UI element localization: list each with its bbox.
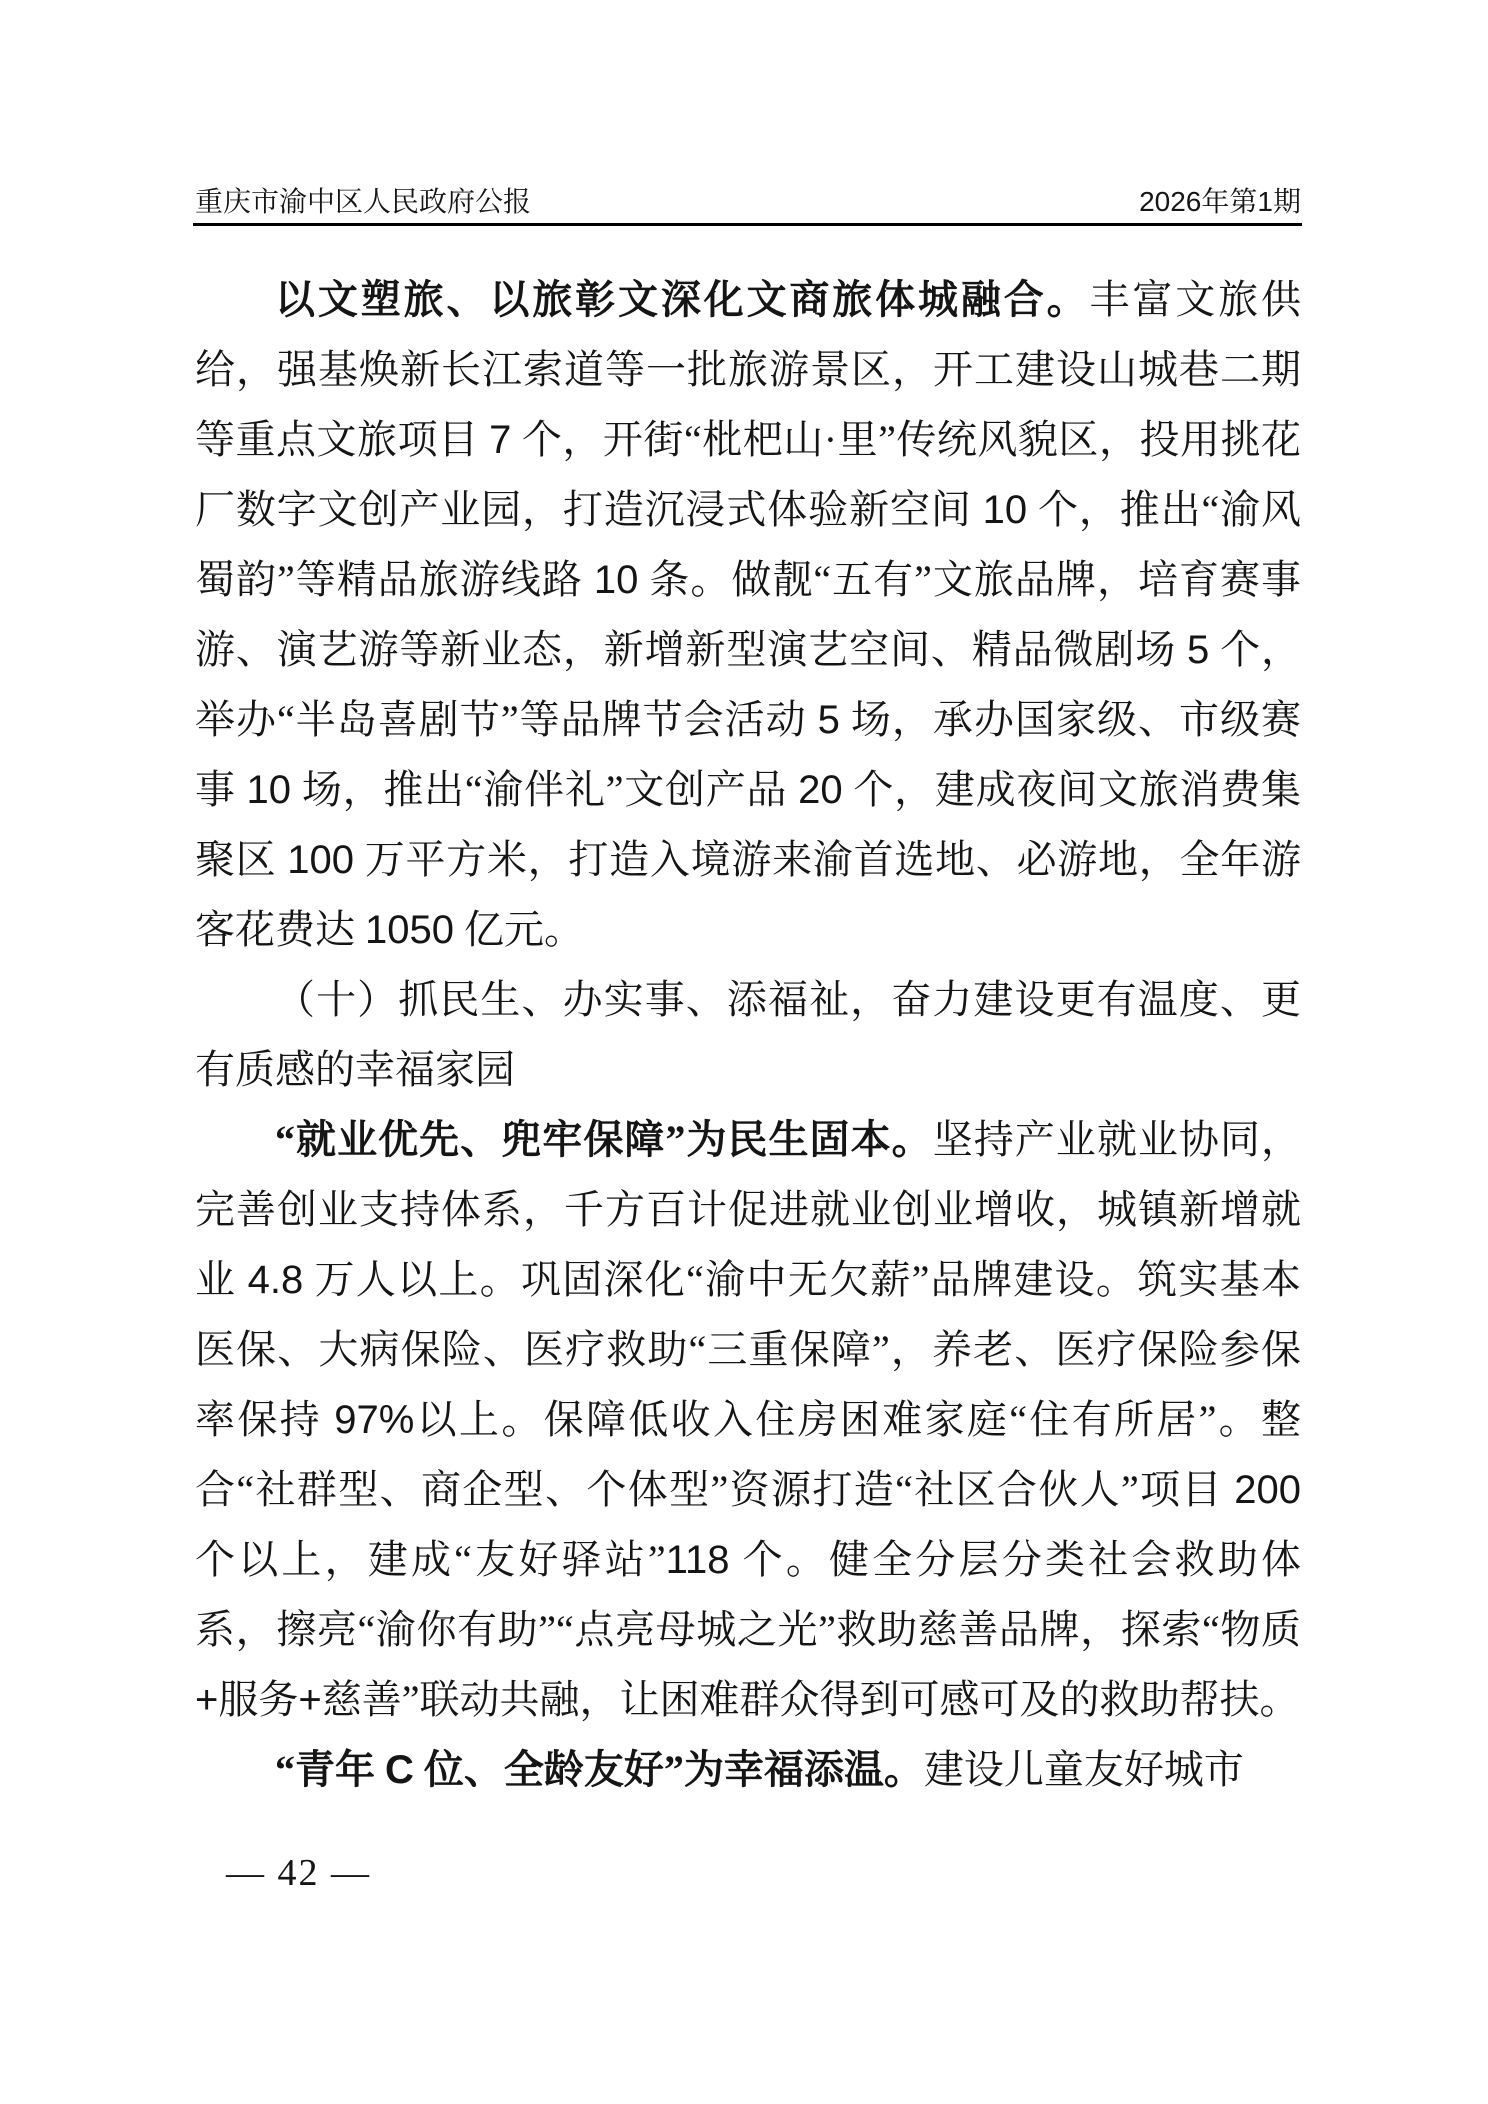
numeral: 1 <box>1257 186 1273 217</box>
gazette-title: 重庆市渝中区人民政府公报 <box>195 187 531 219</box>
page-header: 重庆市渝中区人民政府公报 2026年第1期 <box>195 186 1301 219</box>
numeral: C <box>385 1748 414 1792</box>
paragraph: 以文塑旅、以旅彰文深化文商旅体城融合。丰富文旅供给，强基焕新长江索道等一批旅游景… <box>195 265 1301 965</box>
paragraph-text: 建设儿童友好城市 <box>924 1747 1244 1792</box>
paragraph-lead: “就业优先、兜牢保障”为民生固本。 <box>275 1117 933 1162</box>
paragraph: （十）抓民生、办实事、添福祉，奋力建设更有温度、更有质感的幸福家园 <box>195 965 1301 1105</box>
numeral: 100 <box>287 838 354 882</box>
numeral: 5 <box>818 698 840 742</box>
paragraph-lead: “青年 C 位、全龄友好”为幸福添温。 <box>275 1747 924 1792</box>
paragraph-text: 坚持产业就业协同，完善创业支持体系，千方百计促进就业创业增收，城镇新增就业 4.… <box>195 1117 1301 1722</box>
numeral: + <box>195 1678 218 1722</box>
numeral: 5 <box>1187 628 1209 672</box>
issue-label: 2026年第1期 <box>1139 186 1301 219</box>
numeral: 20 <box>798 768 843 812</box>
numeral: 10 <box>594 558 639 602</box>
numeral: + <box>298 1678 321 1722</box>
numeral: 2026 <box>1139 186 1201 217</box>
header-rule <box>193 223 1302 226</box>
numeral: 4.8 <box>248 1258 304 1302</box>
paragraph-text: （十）抓民生、办实事、添福祉，奋力建设更有温度、更有质感的幸福家园 <box>195 977 1301 1092</box>
page-number: — 42 — <box>226 1851 371 1895</box>
paragraph-text: 丰富文旅供给，强基焕新长江索道等一批旅游景区，开工建设山城巷二期等重点文旅项目 … <box>195 277 1301 952</box>
paragraph-lead: 以文塑旅、以旅彰文深化文商旅体城融合。 <box>275 277 1090 322</box>
numeral: 200 <box>1234 1468 1301 1512</box>
paragraph: “就业优先、兜牢保障”为民生固本。坚持产业就业协同，完善创业支持体系，千方百计促… <box>195 1105 1301 1735</box>
gazette-page: 重庆市渝中区人民政府公报 2026年第1期 以文塑旅、以旅彰文深化文商旅体城融合… <box>0 0 1488 2104</box>
numeral: 97% <box>334 1398 414 1442</box>
numeral: 7 <box>489 418 511 462</box>
numeral: 118 <box>666 1538 730 1582</box>
numeral: 10 <box>247 768 292 812</box>
numeral: 10 <box>983 488 1028 532</box>
paragraph: “青年 C 位、全龄友好”为幸福添温。建设儿童友好城市 <box>195 1735 1301 1805</box>
numeral: 1050 <box>365 908 454 952</box>
document-body: 以文塑旅、以旅彰文深化文商旅体城融合。丰富文旅供给，强基焕新长江索道等一批旅游景… <box>195 265 1301 1805</box>
